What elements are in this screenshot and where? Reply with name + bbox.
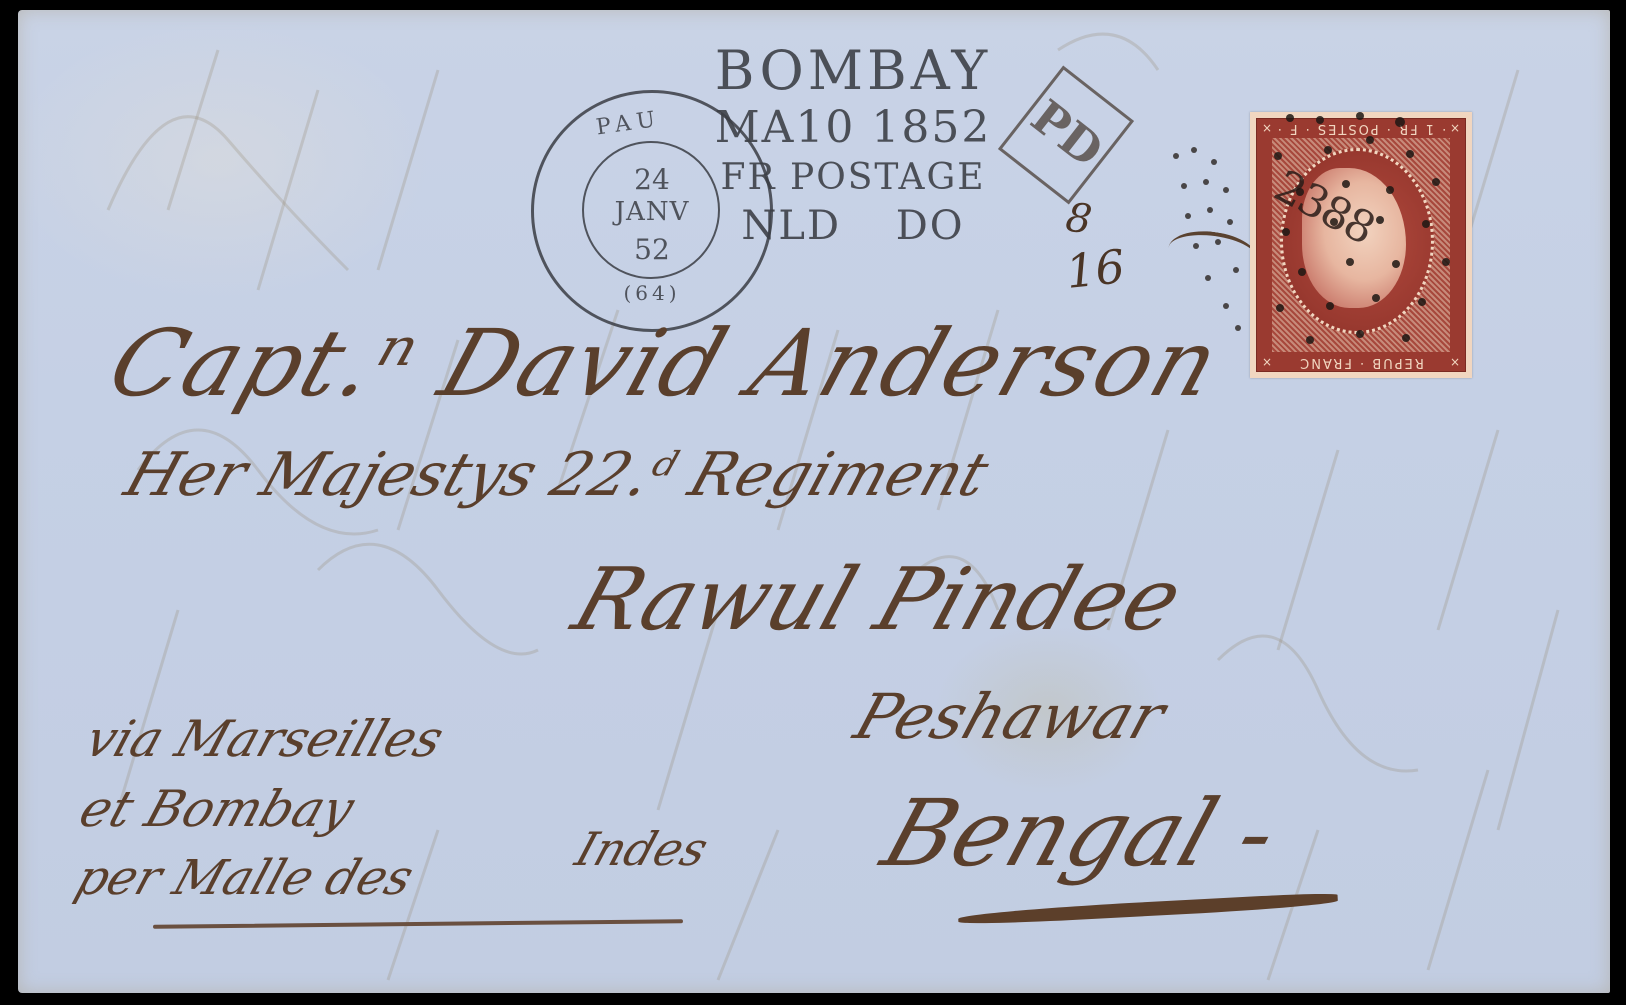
routing-underline: [153, 919, 683, 929]
rate-mark-8: 8: [1063, 194, 1095, 243]
ceres-1fr-stamp: · 1 FR · POSTES · F · REPUB · FRANC × × …: [1250, 112, 1472, 378]
pau-datestamp: PAU 24 JANV 52 (64): [531, 90, 773, 332]
routing-line-2: et Bombay: [73, 780, 362, 838]
routing-line-4: Indes: [569, 822, 715, 876]
rate-arrow-flourish: [1165, 226, 1260, 282]
bombay-do: DO: [896, 203, 965, 249]
datestamp-day: 24: [534, 163, 770, 196]
routing-line-1: via Marseilles: [79, 710, 451, 768]
stamp-corner-cross-icon: ×: [1450, 121, 1460, 135]
rate-mark-16: 16: [1063, 239, 1127, 299]
stamp-corner-cross-icon: ×: [1262, 121, 1272, 135]
bengal-underline-flourish: [958, 892, 1338, 926]
datestamp-month: JANV: [534, 197, 770, 227]
routing-line-3: per Malle des: [69, 850, 420, 906]
address-line-3: Rawul Pindee: [562, 550, 1194, 650]
datestamp-department: (64): [534, 281, 770, 305]
address-line-1: Capt.ⁿ David Anderson: [97, 310, 1234, 417]
datestamp-year: 52: [534, 233, 770, 266]
bombay-line-1: BOMBAY: [683, 44, 1023, 98]
stamp-corner-cross-icon: ×: [1262, 355, 1272, 369]
address-line-2: Her Majestys 22.ᵈ Regiment: [117, 440, 997, 510]
stamp-legend-bottom: REPUB · FRANC: [1256, 352, 1466, 372]
stamp-legend-top: · 1 FR · POSTES · F ·: [1256, 118, 1466, 138]
address-line-4: Peshawar: [846, 680, 1174, 753]
address-line-5: Bengal -: [871, 780, 1291, 887]
postal-cover: BOMBAY MA10 1852 FR POSTAGE NLD DO PAU 2…: [18, 10, 1610, 993]
stamp-corner-cross-icon: ×: [1450, 355, 1460, 369]
datestamp-town: PAU: [595, 107, 663, 141]
